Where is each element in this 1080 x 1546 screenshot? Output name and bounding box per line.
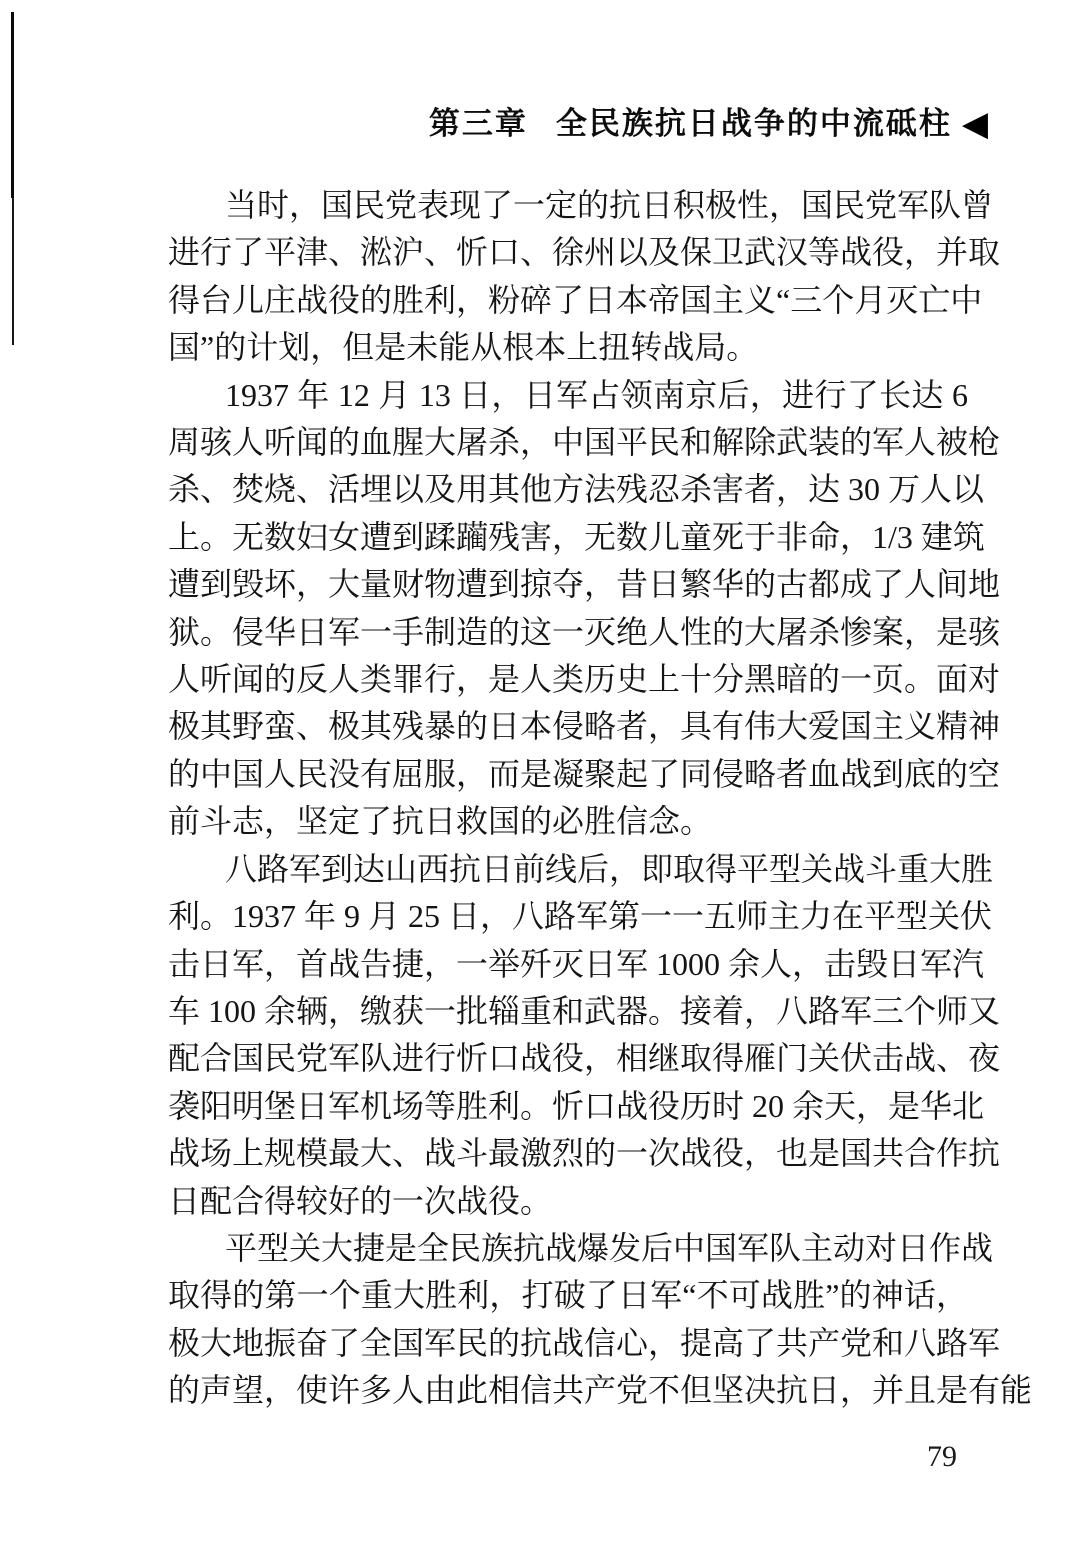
book-page: 第三章 全民族抗日战争的中流砥柱 ◀ 当时，国民党表现了一定的抗日积极性，国民党… (0, 0, 1080, 1546)
text-line: 上。无数妇女遭到蹂躏残害，无数儿童死于非命，1/3 建筑 (168, 514, 968, 561)
text-line: 配合国民党军队进行忻口战役，相继取得雁门关伏击战、夜 (168, 1035, 968, 1082)
paragraph: 平型关大捷是全民族抗战爆发后中国军队主动对日作战取得的第一个重大胜利，打破了日军… (168, 1225, 968, 1415)
text-line: 人听闻的反人类罪行，是人类历史上十分黑暗的一页。面对 (168, 656, 968, 703)
text-line: 周骇人听闻的血腥大屠杀，中国平民和解除武装的军人被枪 (168, 419, 968, 466)
paragraph: 当时，国民党表现了一定的抗日积极性，国民党军队曾进行了平津、淞沪、忻口、徐州以及… (168, 182, 968, 372)
text-line: 的中国人民没有屈服，而是凝聚起了同侵略者血战到底的空 (168, 751, 968, 798)
text-line: 国”的计划，但是未能从根本上扭转战局。 (168, 324, 968, 371)
scan-binding-artifact-top (11, 12, 14, 198)
text-line: 车 100 余辆，缴获一批辎重和武器。接着，八路军三个师又 (168, 988, 968, 1035)
text-line: 取得的第一个重大胜利，打破了日军“不可战胜”的神话， (168, 1272, 968, 1319)
text-line: 杀、焚烧、活埋以及用其他方法残忍杀害者，达 30 万人以 (168, 466, 968, 513)
text-line: 狱。侵华日军一手制造的这一灭绝人性的大屠杀惨案，是骇 (168, 609, 968, 656)
running-header: 第三章 全民族抗日战争的中流砥柱 ◀ (429, 104, 988, 144)
text-line: 1937 年 12 月 13 日，日军占领南京后，进行了长达 6 (168, 372, 968, 419)
paragraph: 1937 年 12 月 13 日，日军占领南京后，进行了长达 6周骇人听闻的血腥… (168, 372, 968, 846)
chapter-label: 第三章 (429, 104, 528, 144)
page-number: 79 (912, 1440, 972, 1474)
text-line: 得台儿庄战役的胜利，粉碎了日本帝国主义“三个月灭亡中 (168, 277, 968, 324)
paragraph: 八路军到达山西抗日前线后，即取得平型关战斗重大胜利。1937 年 9 月 25 … (168, 846, 968, 1225)
text-line: 遭到毁坏，大量财物遭到掠夺，昔日繁华的古都成了人间地 (168, 561, 968, 608)
text-line: 利。1937 年 9 月 25 日，八路军第一一五师主力在平型关伏 (168, 893, 968, 940)
text-line: 战场上规模最大、战斗最激烈的一次战役，也是国共合作抗 (168, 1130, 968, 1177)
text-line: 极大地振奋了全国军民的抗战信心，提高了共产党和八路军 (168, 1320, 968, 1367)
text-line: 八路军到达山西抗日前线后，即取得平型关战斗重大胜 (168, 846, 968, 893)
text-line: 的声望，使许多人由此相信共产党不但坚决抗日，并且是有能 (168, 1367, 968, 1414)
text-line: 当时，国民党表现了一定的抗日积极性，国民党军队曾 (168, 182, 968, 229)
chapter-title: 全民族抗日战争的中流砥柱 (556, 104, 952, 144)
scan-binding-artifact-bottom (12, 198, 14, 345)
body-text-block: 当时，国民党表现了一定的抗日积极性，国民党军队曾进行了平津、淞沪、忻口、徐州以及… (168, 182, 968, 1415)
text-line: 日配合得较好的一次战役。 (168, 1178, 968, 1225)
text-line: 袭阳明堡日军机场等胜利。忻口战役历时 20 余天，是华北 (168, 1083, 968, 1130)
text-line: 进行了平津、淞沪、忻口、徐州以及保卫武汉等战役，并取 (168, 229, 968, 276)
text-line: 平型关大捷是全民族抗战爆发后中国军队主动对日作战 (168, 1225, 968, 1272)
text-line: 极其野蛮、极其残暴的日本侵略者，具有伟大爱国主义精神 (168, 703, 968, 750)
left-triangle-icon: ◀ (962, 107, 988, 141)
text-line: 前斗志，坚定了抗日救国的必胜信念。 (168, 798, 968, 845)
text-line: 击日军，首战告捷，一举歼灭日军 1000 余人，击毁日军汽 (168, 941, 968, 988)
